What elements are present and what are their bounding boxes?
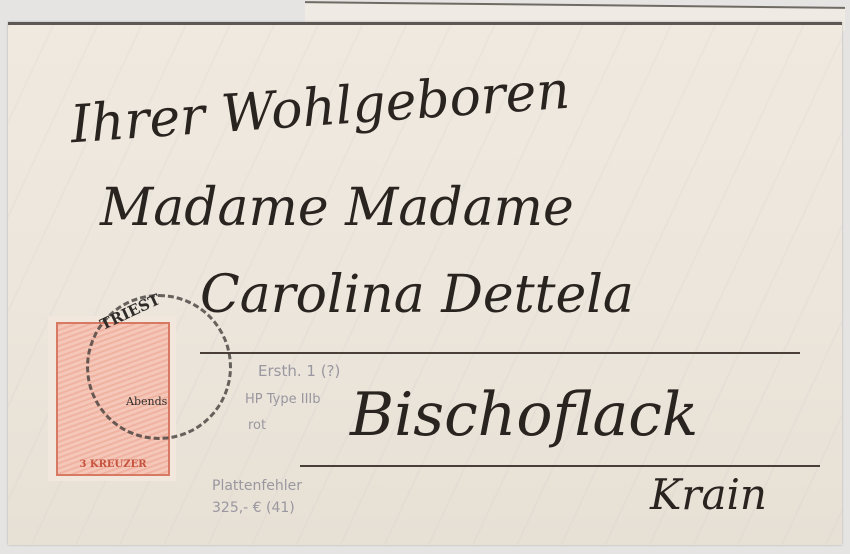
underline bbox=[200, 352, 800, 354]
postmark-time: Abends bbox=[126, 395, 167, 408]
stamp-label: 3 KREUZER bbox=[58, 459, 168, 470]
underline bbox=[300, 465, 820, 467]
address-line-5: Krain bbox=[650, 470, 767, 519]
pencil-note-5: 325,- € (41) bbox=[212, 500, 295, 516]
pencil-note-1: Ersth. 1 (?) bbox=[258, 362, 340, 380]
address-line-2: Madame Madame bbox=[100, 178, 574, 238]
pencil-note-2: HP Type IIIb bbox=[245, 392, 321, 407]
pencil-note-3: rot bbox=[248, 418, 266, 433]
address-line-3: Carolina Dettela bbox=[200, 265, 634, 325]
address-line-4: Bischoflack bbox=[350, 380, 698, 450]
pencil-note-4: Plattenfehler bbox=[212, 478, 302, 494]
